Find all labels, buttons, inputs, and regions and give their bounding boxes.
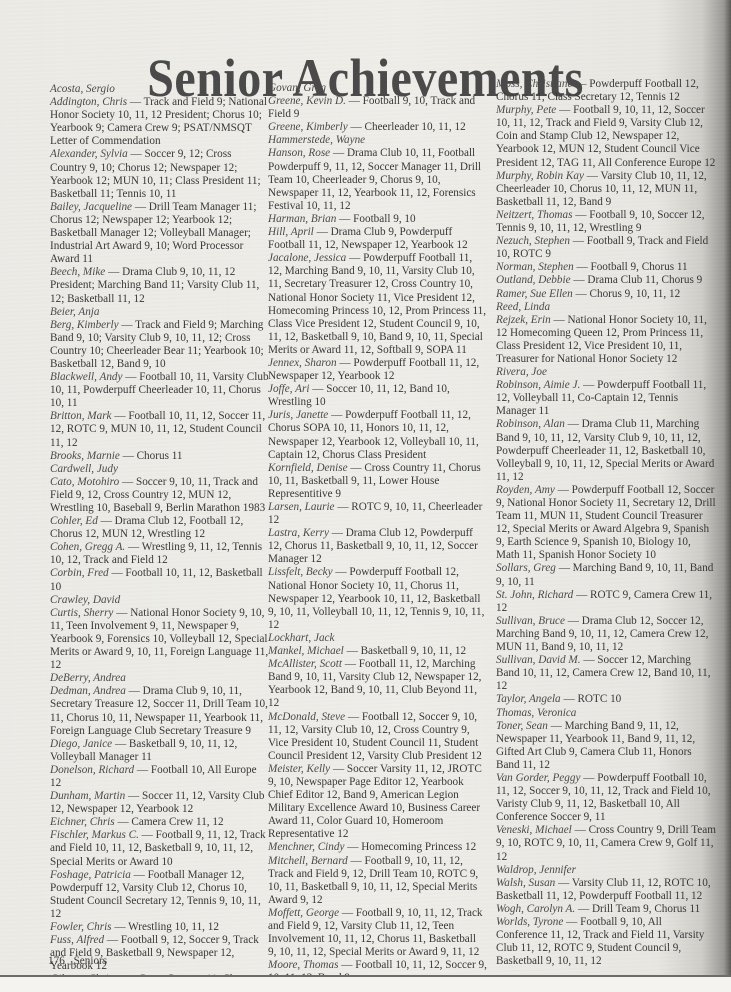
achievement-entry: Kornfield, Denise — Cross Country 11, Ch…	[268, 462, 487, 501]
achievement-entry: Lissfelt, Becky — Powderpuff Football 12…	[268, 566, 487, 631]
student-name: Kornfield, Denise	[268, 462, 348, 474]
dash-separator: —	[345, 658, 356, 670]
achievement-entry: Jennex, Sharon — Powderpuff Football 11,…	[268, 357, 487, 383]
achievement-entry: Greene, Kevin D. — Football 9, 10, Track…	[268, 95, 487, 121]
dash-separator: —	[575, 209, 586, 221]
achievement-entry: Larsen, Laurie — ROTC 9, 10, 11, Cheerle…	[268, 501, 487, 527]
dash-separator: —	[339, 357, 350, 369]
achievement-entry: Bailey, Jacqueline — Drill Team Manager …	[50, 201, 269, 266]
dash-separator: —	[350, 462, 361, 474]
achievement-details: Homecoming Princess 12	[361, 841, 476, 853]
student-name: Royden, Amy	[496, 484, 555, 496]
dash-separator: —	[117, 816, 128, 828]
student-name: Addington, Chris	[50, 96, 127, 108]
achievement-entry: Harman, Brian — Football 9, 10	[268, 213, 487, 226]
dash-separator: —	[333, 147, 344, 159]
dash-separator: —	[134, 869, 145, 881]
student-name: Dedman, Andrea	[50, 685, 126, 697]
achievement-details: Basketball 9, 10, 11, 12	[361, 645, 467, 657]
achievement-details: Drama Club 11, Chorus 9	[587, 274, 702, 286]
student-name: Bailey, Jacqueline	[50, 201, 132, 213]
dash-separator: —	[583, 772, 594, 784]
achievement-entry: Robinson, Alan — Drama Club 11, Marching…	[496, 418, 716, 483]
student-name: Murphy, Pete	[496, 104, 556, 116]
dash-separator: —	[114, 921, 125, 933]
dash-separator: —	[349, 252, 360, 264]
dash-separator: —	[578, 903, 589, 915]
student-name: Jacalone, Jessica	[268, 252, 346, 264]
dash-separator: —	[575, 78, 586, 90]
dash-separator: —	[566, 916, 577, 928]
achievement-entry: Dedman, Andrea — Drama Club 9, 10, 11, S…	[50, 685, 269, 737]
student-name: Fuss, Alfred	[50, 934, 104, 946]
dash-separator: —	[332, 527, 343, 539]
achievement-entry: Foshage, Patricia — Football Manager 12,…	[50, 869, 269, 921]
achievement-entry: Hanson, Rose — Drama Club 10, 11, Footba…	[268, 147, 487, 212]
student-name: Taylor, Angela	[496, 693, 561, 705]
scan-bottom-edge	[0, 975, 731, 992]
dash-separator: —	[575, 824, 586, 836]
achievement-entry: Berg, Kimberly — Track and Field 9; Marc…	[50, 319, 269, 371]
dash-separator: —	[116, 607, 127, 619]
student-name: Robinson, Aimie J.	[496, 379, 580, 391]
student-name: Fowler, Chris	[50, 921, 112, 933]
achievement-entry: Hill, April — Drama Club 9, Powderpuff F…	[268, 226, 487, 252]
dash-separator: —	[348, 711, 359, 723]
dash-separator: —	[331, 409, 342, 421]
student-name: Rejzek, Erin	[496, 314, 551, 326]
achievement-entry: Nezuch, Stephen — Football 9, Track and …	[496, 235, 716, 261]
achievement-entry: Van Gorder, Peggy — Powderpuff Football …	[496, 772, 716, 824]
student-name: Hill, April	[268, 226, 314, 238]
dash-separator: —	[551, 720, 562, 732]
achievement-entry: Rejzek, Erin — National Honor Society 10…	[496, 314, 716, 366]
dash-separator: —	[337, 501, 348, 513]
achievement-details: Camera Crew 11, 12	[131, 816, 223, 828]
achievement-details: Chorus 9, 10, 11, 12	[590, 288, 681, 300]
dash-separator: —	[312, 383, 323, 395]
student-name: Sullivan, Bruce	[496, 615, 565, 627]
student-name: Britton, Mark	[50, 410, 112, 422]
achievement-entry: Royden, Amy — Powderpuff Football 12, So…	[496, 484, 716, 563]
student-name: Juris, Janette	[268, 409, 328, 421]
achievement-entry: Neitzert, Thomas — Football 9, 10, Socce…	[496, 209, 716, 235]
dash-separator: —	[568, 418, 579, 430]
achievement-details: Chorus 11	[137, 450, 183, 462]
student-name: Diego, Janice	[50, 738, 112, 750]
student-name: DeBerry, Andrea	[50, 672, 126, 684]
student-name: McAllister, Scott	[268, 658, 342, 670]
dash-separator: —	[583, 379, 594, 391]
dash-separator: —	[108, 266, 119, 278]
achievement-entry: Corbin, Fred — Football 10, 11, 12, Bask…	[50, 567, 269, 593]
achievement-details: Football 9, 10	[353, 213, 415, 225]
student-name: Moore, Thomas	[268, 959, 338, 971]
dash-separator: —	[142, 829, 153, 841]
dash-separator: —	[101, 515, 112, 527]
dash-separator: —	[339, 213, 350, 225]
student-name: Acosta, Sergio	[50, 83, 115, 95]
achievement-details: ROTC 10	[577, 693, 621, 705]
achievement-entry: St. John, Richard — ROTC 9, Camera Crew …	[496, 589, 716, 615]
achievement-entry: Donelson, Richard — Football 10, All Eur…	[50, 764, 269, 790]
achievement-entry: Beier, Anja	[50, 306, 269, 319]
student-name: Fischler, Markus C.	[50, 829, 139, 841]
student-name: Brooks, Marnie	[50, 450, 120, 462]
student-name: Sullivan, David M.	[496, 654, 581, 666]
dash-separator: —	[128, 790, 139, 802]
achievement-entry: Dunham, Martin — Soccer 11, 12, Varsity …	[50, 790, 269, 816]
achievement-entry: Britton, Mark — Football 10, 11, 12, Soc…	[50, 410, 269, 449]
achievement-details: Cheerleader 10, 11, 12	[365, 121, 466, 133]
student-name: Lockhart, Jack	[268, 632, 334, 644]
dash-separator: —	[563, 693, 574, 705]
achievement-entry: Rivera, Joe	[496, 366, 716, 379]
achievement-entry: Brooks, Marnie — Chorus 11	[50, 450, 269, 463]
dash-separator: —	[122, 476, 133, 488]
achievement-entry: Fischler, Markus C. — Football 9, 11, 12…	[50, 829, 269, 868]
achievement-entry: DeBerry, Andrea	[50, 672, 269, 685]
dash-separator: —	[130, 96, 141, 108]
student-name: Robinson, Alan	[496, 418, 565, 430]
dash-separator: —	[123, 450, 134, 462]
dash-separator: —	[342, 907, 353, 919]
student-name: Rivera, Joe	[496, 366, 547, 378]
achievement-entry: Meister, Kelly — Soccer Varsity 11, 12, …	[268, 763, 487, 842]
student-name: Foshage, Patricia	[50, 869, 131, 881]
dash-separator: —	[587, 170, 598, 182]
student-name: Hanson, Rose	[268, 147, 330, 159]
achievement-entry: Jacalone, Jessica — Powderpuff Football …	[268, 252, 487, 357]
dash-separator: —	[558, 877, 569, 889]
student-name: Crawley, David	[50, 594, 120, 606]
achievement-entry: Waldrop, Jennifer	[496, 864, 716, 877]
student-name: Moffett, George	[268, 907, 339, 919]
student-name: Beier, Anja	[50, 306, 100, 318]
achievement-entry: McAllister, Scott — Football 11, 12, Mar…	[268, 658, 487, 710]
student-name: Reed, Linda	[496, 301, 550, 313]
dash-separator: —	[558, 484, 569, 496]
student-name: Larsen, Laurie	[268, 501, 335, 513]
student-name: Thomas, Veronica	[496, 707, 576, 719]
achievement-entry: Murphy, Pete — Football 9, 10, 11, 12, S…	[496, 104, 716, 169]
achievement-entry: Joffe, Ari — Soccer 10, 11, 12, Band 10,…	[268, 383, 487, 409]
student-name: Donelson, Richard	[50, 764, 134, 776]
achievement-details: Drill Team 9, Chorus 11	[592, 903, 700, 915]
dash-separator: —	[576, 288, 587, 300]
student-name: Curtis, Sherry	[50, 607, 113, 619]
dash-separator: —	[341, 959, 352, 971]
achievement-entry: Robinson, Aimie J. — Powderpuff Football…	[496, 379, 716, 418]
student-name: Cato, Motohiro	[50, 476, 119, 488]
student-name: Menchner, Cindy	[268, 841, 344, 853]
student-name: Van Gorder, Peggy	[496, 772, 580, 784]
student-name: Dunham, Martin	[50, 790, 125, 802]
achievement-entry: Juris, Janette — Powderpuff Football 11,…	[268, 409, 487, 461]
dash-separator: —	[128, 541, 139, 553]
achievement-entry: Wogh, Carolyn A. — Drill Team 9, Chorus …	[496, 903, 716, 916]
student-name: McDonald, Steve	[268, 711, 345, 723]
achievement-entry: Acosta, Sergio	[50, 83, 269, 96]
student-name: Neitzert, Thomas	[496, 209, 572, 221]
achievement-entry: Thomas, Veronica	[496, 707, 716, 720]
student-name: Beech, Mike	[50, 266, 105, 278]
achievement-entry: Murphy, Robin Kay — Varsity Club 10, 11,…	[496, 170, 716, 209]
achievement-entry: Fuss, Alfred — Football 9, 12, Soccer 9,…	[50, 934, 269, 973]
achievement-entry: Lastra, Kerry — Drama Club 12, Powderpuf…	[268, 527, 487, 566]
student-name: Joffe, Ari	[268, 383, 309, 395]
student-name: Harman, Brian	[268, 213, 336, 225]
achievement-entry: Norman, Stephen — Football 9, Chorus 11	[496, 261, 716, 274]
dash-separator: —	[576, 261, 587, 273]
achievement-entry: Cohen, Gregg A. — Wrestling 9, 11, 12, T…	[50, 541, 269, 567]
student-name: Meister, Kelly	[268, 763, 330, 775]
student-name: Lastra, Kerry	[268, 527, 329, 539]
column-3: Moss, Christiane — Powderpuff Football 1…	[496, 78, 716, 968]
dash-separator: —	[129, 685, 140, 697]
achievement-details: Football 9, Chorus 11	[590, 261, 687, 273]
achievement-entry: Fowler, Chris — Wrestling 10, 11, 12	[50, 921, 269, 934]
dash-separator: —	[559, 562, 570, 574]
achievement-entry: Moss, Christiane — Powderpuff Football 1…	[496, 78, 716, 104]
achievement-entry: Cohler, Ed — Drama Club 12, Football 12,…	[50, 515, 269, 541]
dash-separator: —	[317, 226, 328, 238]
student-name: Ramer, Sue Ellen	[496, 288, 573, 300]
student-name: Greene, Kimberly	[268, 121, 348, 133]
dash-separator: —	[347, 645, 358, 657]
student-name: Sollars, Greg	[496, 562, 556, 574]
student-name: Worlds, Tyrone	[496, 916, 563, 928]
student-name: Outland, Debbie	[496, 274, 571, 286]
student-name: Blackwell, Andy	[50, 371, 123, 383]
section-label: Seniors	[74, 955, 108, 967]
student-name: Alexander, Sylvia	[50, 148, 128, 160]
student-name: Jennex, Sharon	[268, 357, 337, 369]
dash-separator: —	[107, 934, 118, 946]
achievement-entry: Moffett, George — Football 9, 10, 11, 12…	[268, 907, 487, 959]
page-number: 176	[48, 955, 65, 967]
achievement-entry: Beech, Mike — Drama Club 9, 10, 11, 12 P…	[50, 266, 269, 305]
student-name: Cardwell, Judy	[50, 463, 118, 475]
student-name: Nezuch, Stephen	[496, 235, 570, 247]
dash-separator: —	[335, 566, 346, 578]
achievement-entry: Cardwell, Judy	[50, 463, 269, 476]
achievement-entry: Diego, Janice — Basketball 9, 10, 11, 12…	[50, 738, 269, 764]
achievement-entry: Crawley, David	[50, 594, 269, 607]
achievement-entry: McDonald, Steve — Football 12, Soccer 9,…	[268, 711, 487, 763]
achievement-entry: Alexander, Sylvia — Soccer 9, 12; Cross …	[50, 148, 269, 200]
column-1: Acosta, SergioAddington, Chris — Track a…	[50, 83, 269, 992]
dash-separator: —	[559, 104, 570, 116]
student-name: Greene, Kevin D.	[268, 95, 346, 107]
achievement-entry: Toner, Sean — Marching Band 9, 11, 12, N…	[496, 720, 716, 772]
student-name: Norman, Stephen	[496, 261, 574, 273]
student-name: Moss, Christiane	[496, 78, 572, 90]
achievement-entry: Eichner, Chris — Camera Crew 11, 12	[50, 816, 269, 829]
dash-separator: —	[351, 855, 362, 867]
achievement-entry: Menchner, Cindy — Homecoming Princess 12	[268, 841, 487, 854]
page-footer: 176 Seniors	[48, 955, 107, 967]
student-name: Mitchell, Bernard	[268, 855, 348, 867]
dash-separator: —	[135, 201, 146, 213]
student-name: Hammerstede, Wayne	[268, 134, 365, 146]
student-name: Eichner, Chris	[50, 816, 115, 828]
dash-separator: —	[333, 763, 344, 775]
dash-separator: —	[115, 738, 126, 750]
dash-separator: —	[568, 615, 579, 627]
dash-separator: —	[347, 841, 358, 853]
student-name: Berg, Kimberly	[50, 319, 119, 331]
achievement-entry: Addington, Chris — Track and Field 9; Na…	[50, 96, 269, 148]
dash-separator: —	[125, 371, 136, 383]
achievement-entry: Cato, Motohiro — Soccer 9, 10, 11, Track…	[50, 476, 269, 515]
achievement-entry: Sullivan, Bruce — Drama Club 12, Soccer …	[496, 615, 716, 654]
student-name: Murphy, Robin Kay	[496, 170, 584, 182]
dash-separator: —	[121, 319, 132, 331]
student-name: Cohen, Gregg A.	[50, 541, 125, 553]
student-name: Wogh, Carolyn A.	[496, 903, 575, 915]
dash-separator: —	[351, 121, 362, 133]
achievement-entry: Sollars, Greg — Marching Band 9, 10, 11,…	[496, 562, 716, 588]
dash-separator: —	[111, 567, 122, 579]
dash-separator: —	[583, 654, 594, 666]
dash-separator: —	[573, 235, 584, 247]
achievement-entry: Walsh, Susan — Varsity Club 11, 12, ROTC…	[496, 877, 716, 903]
achievement-details: Powderpuff Football 11, 12, Marching Ban…	[268, 252, 486, 356]
dash-separator: —	[137, 764, 148, 776]
achievement-entry: Ramer, Sue Ellen — Chorus 9, 10, 11, 12	[496, 288, 716, 301]
yearbook-page: Senior Achievements Acosta, SergioAdding…	[0, 0, 731, 975]
student-name: Cohler, Ed	[50, 515, 98, 527]
student-name: Corbin, Fred	[50, 567, 109, 579]
student-name: Lissfelt, Becky	[268, 566, 333, 578]
dash-separator: —	[553, 314, 564, 326]
achievement-entry: Reed, Linda	[496, 301, 716, 314]
dash-separator: —	[114, 410, 125, 422]
achievement-entry: Taylor, Angela — ROTC 10	[496, 693, 716, 706]
dash-separator: —	[573, 274, 584, 286]
student-name: Veneski, Michael	[496, 824, 572, 836]
student-name: Walsh, Susan	[496, 877, 555, 889]
achievement-entry: Veneski, Michael — Cross Country 9, Dril…	[496, 824, 716, 863]
achievement-entry: Greene, Kimberly — Cheerleader 10, 11, 1…	[268, 121, 487, 134]
column-2: Govan, GregGreene, Kevin D. — Football 9…	[268, 82, 487, 985]
student-name: Toner, Sean	[496, 720, 548, 732]
dash-separator: —	[576, 589, 587, 601]
achievement-entry: Mitchell, Bernard — Football 9, 10, 11, …	[268, 855, 487, 907]
dash-separator: —	[349, 95, 360, 107]
achievement-entry: Govan, Greg	[268, 82, 487, 95]
achievement-entry: Lockhart, Jack	[268, 632, 487, 645]
dash-separator: —	[130, 148, 141, 160]
achievement-entry: Hammerstede, Wayne	[268, 134, 487, 147]
achievement-entry: Sullivan, David M. — Soccer 12, Marching…	[496, 654, 716, 693]
achievement-details: Wrestling 10, 11, 12	[128, 921, 219, 933]
achievement-entry: Mankel, Michael — Basketball 9, 10, 11, …	[268, 645, 487, 658]
student-name: Waldrop, Jennifer	[496, 864, 576, 876]
achievement-entry: Curtis, Sherry — National Honor Society …	[50, 607, 269, 672]
achievement-entry: Worlds, Tyrone — Football 9, 10, All Con…	[496, 916, 716, 968]
student-name: St. John, Richard	[496, 589, 573, 601]
achievement-entry: Blackwell, Andy — Football 10, 11, Varsi…	[50, 371, 269, 410]
student-name: Mankel, Michael	[268, 645, 344, 657]
achievement-entry: Outland, Debbie — Drama Club 11, Chorus …	[496, 274, 716, 287]
student-name: Govan, Greg	[268, 82, 326, 94]
